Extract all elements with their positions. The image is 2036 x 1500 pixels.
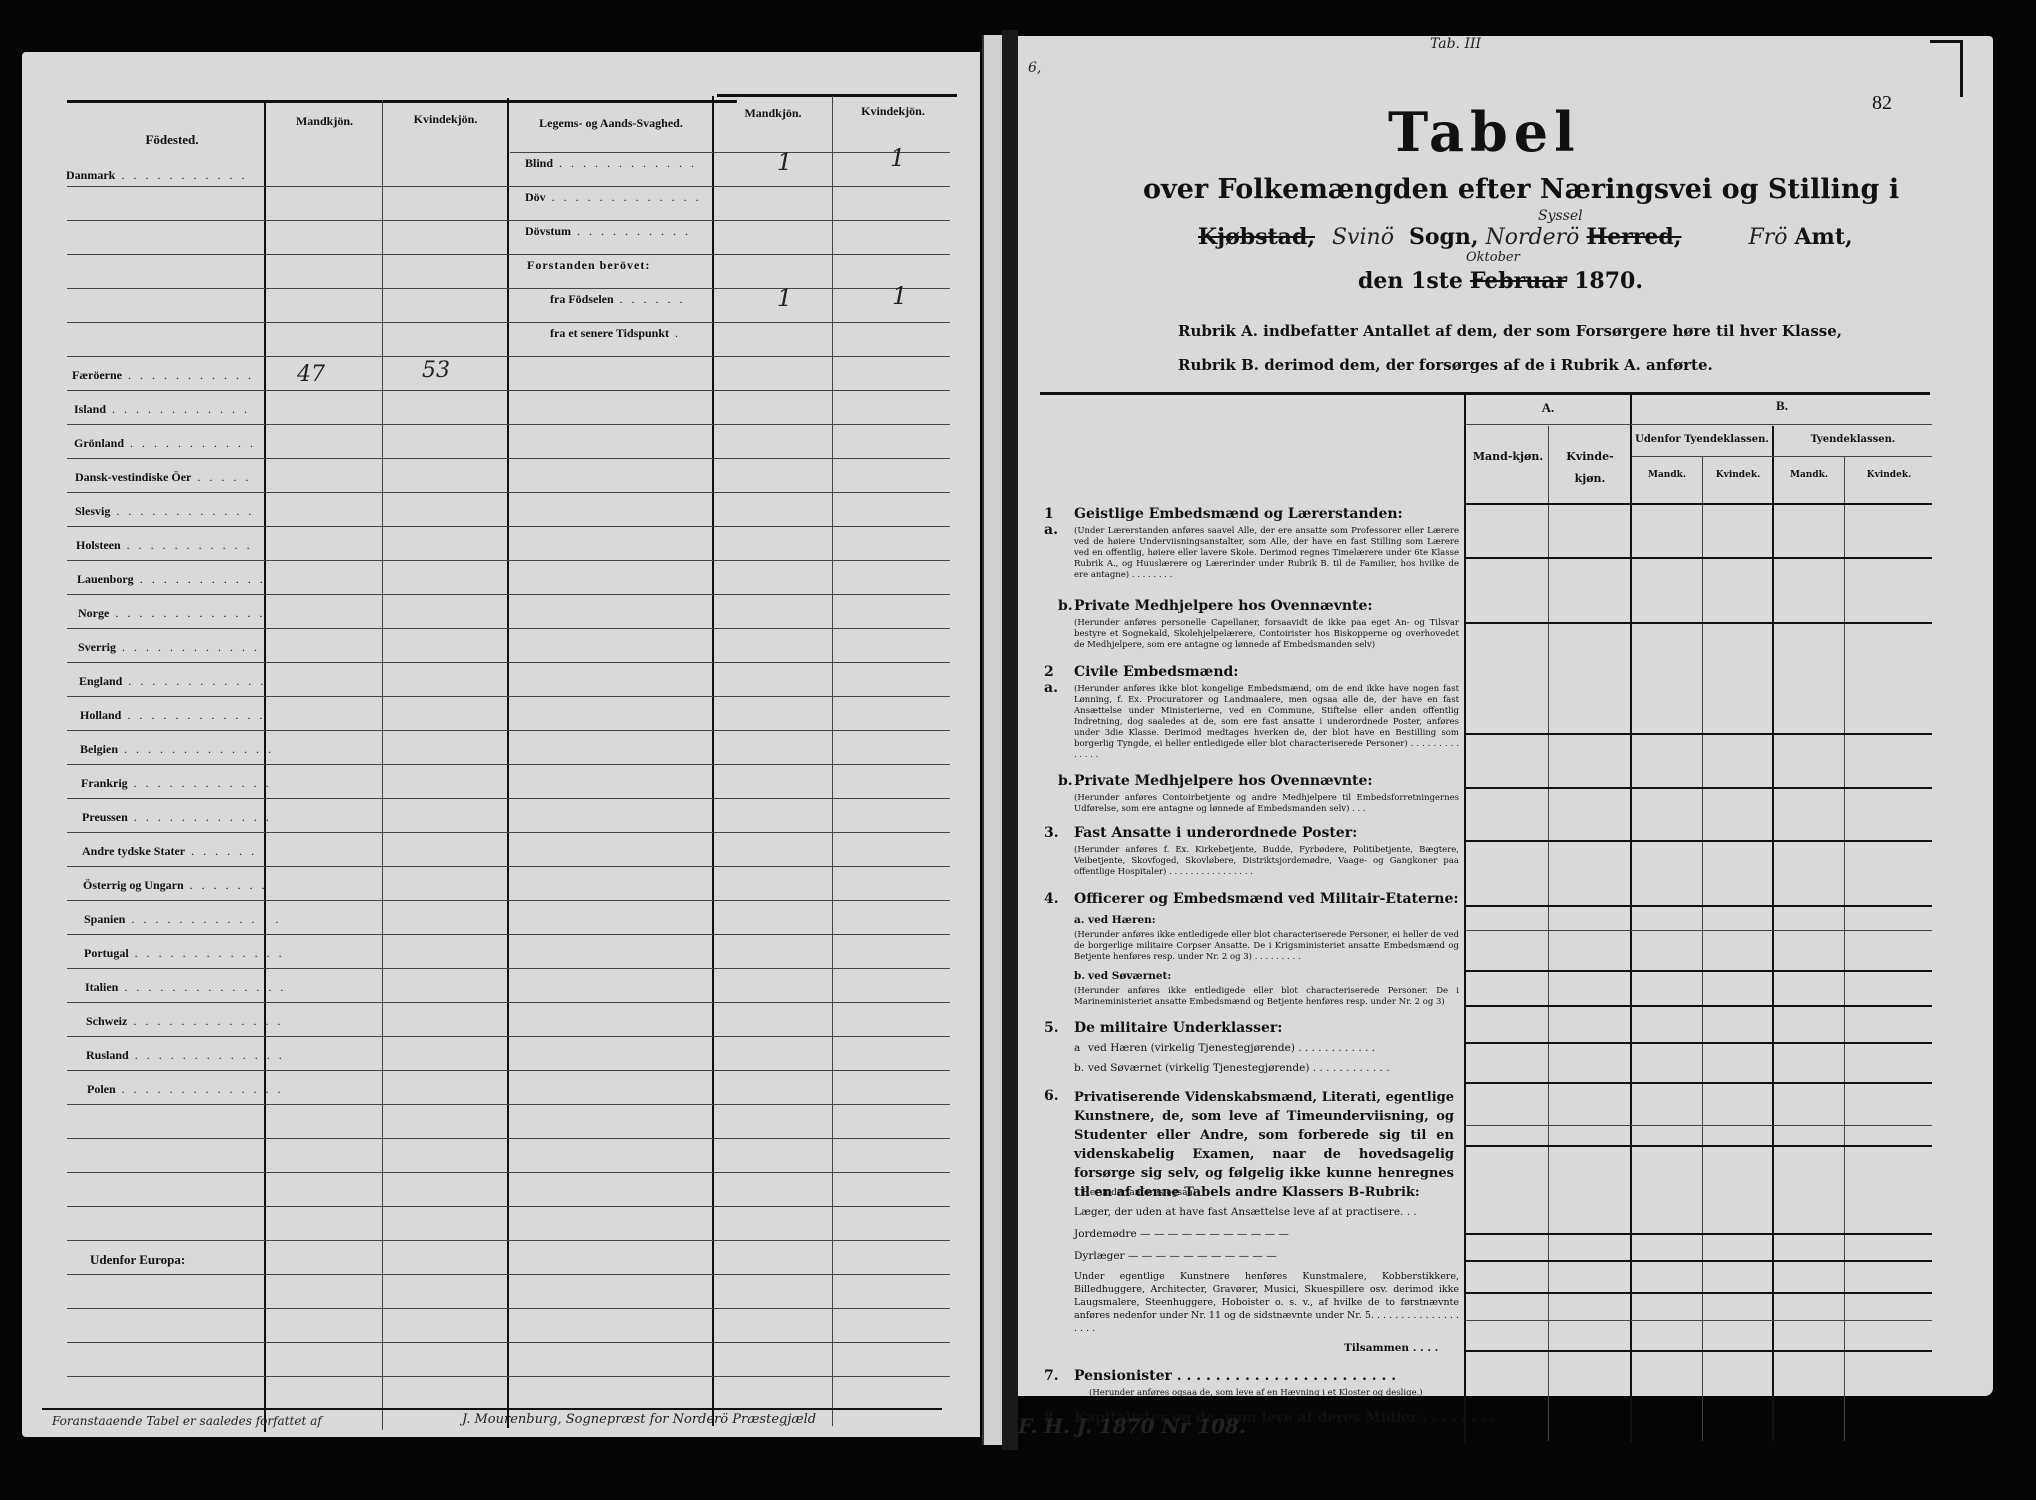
row-label: Norge . . . . . . . . . . . . . — [78, 606, 265, 621]
ruled-line — [67, 968, 512, 969]
table-row-line — [1466, 787, 1932, 789]
header-birthplace: Födested. — [82, 132, 262, 148]
ruled-line — [67, 730, 512, 731]
row-label: Grönland . . . . . . . . . . . — [74, 436, 256, 451]
ruled-line — [510, 424, 950, 425]
page-subtitle: over Folkemængden efter Næringsvei og St… — [1143, 174, 1899, 205]
table-row-line — [1466, 1233, 1932, 1235]
ruled-line — [510, 458, 950, 459]
table-row-line — [1466, 930, 1932, 931]
col-divider — [507, 98, 509, 1428]
ruled-line — [510, 662, 950, 663]
ruled-line — [67, 254, 512, 255]
page-edge — [982, 35, 1004, 1445]
header-b1-mandk: Mandk. — [1632, 470, 1702, 480]
infirmity-label: Dövstum . . . . . . . . . . — [525, 224, 691, 239]
ruled-line — [67, 594, 512, 595]
ruled-line — [67, 1376, 512, 1377]
table-row-line — [1466, 1125, 1932, 1126]
ruled-line — [510, 1274, 950, 1275]
row-label: Schweiz . . . . . . . . . . . . . — [86, 1014, 283, 1029]
ruled-line — [67, 934, 512, 935]
herred-struck: Herred, — [1586, 224, 1681, 250]
ruled-line — [510, 390, 950, 391]
ruled-line — [67, 1240, 512, 1241]
ruled-line — [510, 832, 950, 833]
ruled-line — [67, 322, 512, 323]
parish-handwritten: Svinö — [1332, 225, 1394, 250]
row-label: Belgien . . . . . . . . . . . . . — [80, 742, 274, 757]
blind-female-count: 1 — [890, 144, 905, 172]
ruled-line — [510, 1070, 950, 1071]
ruled-line — [510, 1172, 950, 1173]
table-row-line — [1466, 733, 1932, 735]
ruled-line — [67, 1308, 512, 1309]
ruled-line — [67, 458, 512, 459]
row-label: Andre tydske Stater . . . . . . — [82, 844, 257, 859]
ruled-line — [67, 1138, 512, 1139]
left-page: Födested. Mandkjön. Kvindekjön. Legems- … — [22, 52, 980, 1437]
ruled-line — [510, 968, 950, 969]
faroe-female-count: 53 — [422, 358, 450, 383]
row-label: Spanien . . . . . . . . . . . . . — [84, 912, 281, 927]
ruled-line — [510, 900, 950, 901]
district-handwritten: Norderö — [1486, 225, 1580, 250]
bottom-rule — [42, 1408, 942, 1410]
infirmity-label: Forstanden berövet: — [527, 258, 650, 273]
table-row-line — [1466, 557, 1932, 559]
row-label: Rusland . . . . . . . . . . . . . — [86, 1048, 285, 1063]
header-b: B. — [1632, 398, 1932, 414]
table-row-line — [1466, 905, 1932, 907]
ruled-line — [510, 1206, 950, 1207]
ruled-line — [510, 288, 950, 289]
ruled-line — [67, 1206, 512, 1207]
infirmity-label: Döv . . . . . . . . . . . . . — [525, 190, 702, 205]
table-top-rule — [1040, 392, 1930, 395]
table-row-line — [1466, 1320, 1932, 1321]
year: 1870. — [1574, 268, 1643, 294]
table-row-line — [1466, 1042, 1932, 1044]
book-gutter — [1002, 30, 1018, 1450]
syssel-handwritten: Syssel — [1538, 208, 1583, 224]
header-a-female: Kvinde-kjøn. — [1552, 446, 1628, 490]
faroe-male-count: 47 — [297, 362, 325, 387]
header-a: A. — [1466, 400, 1630, 416]
ruled-line — [510, 1002, 950, 1003]
ruled-line — [510, 628, 950, 629]
table-row-line — [1466, 622, 1932, 624]
kjobstad-struck: Kjøbstad, — [1198, 224, 1315, 250]
page-title: Tabel — [1388, 100, 1581, 164]
date-prefix: den 1ste — [1358, 268, 1463, 294]
amt-handwritten: Frö — [1748, 225, 1787, 250]
ruled-line — [67, 1104, 512, 1105]
ruled-line — [510, 152, 950, 153]
row-label: Österrig og Ungarn . . . . . . . — [83, 878, 268, 893]
page-number: 82 — [1872, 92, 1892, 115]
table-row-line — [1466, 1082, 1932, 1084]
header-b2-kvindek: Kvindek. — [1846, 470, 1932, 480]
ruled-line — [510, 764, 950, 765]
header-sub-rule — [1632, 456, 1932, 457]
ruled-line — [67, 424, 512, 425]
ruled-line — [67, 356, 512, 357]
header-infirmity-female: Kvindekjön. — [834, 104, 952, 119]
footer-note: Foranstaaende Tabel er saaledes forfatte… — [52, 1414, 322, 1428]
table-row-line — [1466, 840, 1932, 842]
ruled-line — [510, 356, 950, 357]
row-label: Portugal . . . . . . . . . . . . . — [84, 946, 285, 961]
ruled-line — [67, 1342, 512, 1343]
ruled-line — [510, 526, 950, 527]
col-a-mid — [1548, 426, 1549, 1441]
rubric-note-b: Rubrik B. derimod dem, der forsørges af … — [1178, 356, 1713, 374]
header-b-servants: Tyendeklassen. — [1774, 434, 1932, 445]
col-divider — [264, 102, 266, 1432]
header-a-male: Mand-kjøn. — [1470, 446, 1546, 468]
month-struck: Februar — [1470, 268, 1567, 294]
ruled-line — [67, 1070, 512, 1071]
table-row-line — [1466, 1145, 1932, 1147]
ruled-line — [510, 798, 950, 799]
ruled-line — [510, 934, 950, 935]
col-b-left — [1630, 394, 1632, 1442]
ruled-line — [67, 1274, 512, 1275]
col-divider — [382, 100, 383, 1430]
header-male: Mandkjön. — [267, 114, 382, 129]
corner-mark: 6, — [1028, 60, 1041, 76]
blind-male-count: 1 — [777, 148, 792, 176]
ruled-line — [67, 1036, 512, 1037]
ruled-line — [510, 492, 950, 493]
month-handwritten: Oktober — [1466, 250, 1520, 265]
ruled-line — [67, 390, 512, 391]
ruled-line — [67, 560, 512, 561]
row-label: England . . . . . . . . . . . . — [79, 674, 266, 689]
row-label: Lauenborg . . . . . . . . . . . — [77, 572, 266, 587]
row-label: Slesvig . . . . . . . . . . . . — [75, 504, 254, 519]
ruled-line — [510, 1342, 950, 1343]
top-annotation: Tab. III — [1430, 36, 1481, 52]
row-label: Polen . . . . . . . . . . . . . . — [87, 1082, 284, 1097]
table-row-line — [1466, 970, 1932, 972]
classification-items: 1 a. Geistlige Embedsmænd og Lærerstande… — [1044, 500, 1464, 1440]
ruled-line — [510, 560, 950, 561]
location-line: Kjøbstad, Svinö Sogn, Norderö Herred, Fr… — [1198, 224, 1918, 264]
row-label: Holland . . . . . . . . . . . . — [80, 708, 265, 723]
outside-europe-label: Udenfor Europa: — [90, 1252, 185, 1268]
row-label: Italien . . . . . . . . . . . . . . — [85, 980, 286, 995]
header-b-outside: Udenfor Tyendeklassen. — [1632, 434, 1772, 445]
ruled-line — [67, 526, 512, 527]
header-sub-rule — [1466, 424, 1932, 425]
ruled-line — [67, 288, 512, 289]
ruled-line — [510, 220, 950, 221]
table-row-line — [1466, 1350, 1932, 1352]
ruled-line — [510, 1376, 950, 1377]
corner-bracket-mark — [1930, 40, 1963, 97]
row-label: Danmark . . . . . . . . . . . — [66, 168, 247, 183]
ruled-line — [510, 1240, 950, 1241]
sogn-label: Sogn, — [1409, 224, 1479, 250]
ruled-line — [510, 186, 950, 187]
header-female: Kvindekjön. — [384, 112, 507, 127]
ruled-line — [67, 1002, 512, 1003]
ruled-line — [67, 662, 512, 663]
ruled-line — [510, 1308, 950, 1309]
ruled-line — [510, 1104, 950, 1105]
header-b2-mandk: Mandk. — [1774, 470, 1844, 480]
ruled-line — [67, 900, 512, 901]
col-divider — [832, 96, 833, 1426]
ruled-line — [67, 798, 512, 799]
amt-label: Amt, — [1794, 224, 1852, 250]
ruled-line — [510, 730, 950, 731]
from-birth-male-count: 1 — [777, 284, 792, 312]
date-line: den 1ste Februar 1870. — [1358, 268, 1643, 294]
ruled-line — [67, 866, 512, 867]
ruled-line — [67, 186, 512, 187]
header-infirmity-male: Mandkjön. — [714, 106, 832, 121]
ruled-line — [510, 594, 950, 595]
infirmity-label: fra Födselen . . . . . . — [550, 292, 686, 307]
ruled-line — [510, 866, 950, 867]
top-rule — [67, 100, 737, 103]
table-row-line — [1466, 503, 1932, 505]
infirmity-label: Blind . . . . . . . . . . . . — [525, 156, 697, 171]
row-label: Preussen . . . . . . . . . . . . — [82, 810, 272, 825]
row-label: Holsteen . . . . . . . . . . . — [76, 538, 253, 553]
col-divider — [712, 96, 714, 1426]
ruled-line — [67, 832, 512, 833]
row-label: Færöerne . . . . . . . . . . . — [72, 368, 254, 383]
rubric-note-a: Rubrik A. indbefatter Antallet af dem, d… — [1178, 322, 1842, 340]
ruled-line — [510, 1036, 950, 1037]
ruled-line — [510, 696, 950, 697]
table-row-line — [1466, 1005, 1932, 1007]
ruled-line — [510, 254, 950, 255]
ruled-line — [510, 1138, 950, 1139]
row-label: Frankrig . . . . . . . . . . . . — [81, 776, 272, 791]
table-row-line — [1466, 1260, 1932, 1262]
from-birth-female-count: 1 — [892, 282, 907, 310]
row-label: Sverrig . . . . . . . . . . . . — [78, 640, 260, 655]
ruled-line — [67, 628, 512, 629]
ruled-line — [67, 492, 512, 493]
ruled-line — [510, 322, 950, 323]
ruled-line — [67, 1172, 512, 1173]
top-rule-right — [717, 94, 957, 97]
ruled-line — [67, 220, 512, 221]
col-a-left — [1464, 394, 1466, 1444]
ruled-line — [67, 764, 512, 765]
right-page: 6, Tab. III 82 Tabel over Folkemængden e… — [1018, 36, 1993, 1396]
infirmity-label: fra et senere Tidspunkt . — [550, 326, 681, 341]
col-b-2 — [1772, 426, 1774, 1441]
row-label: Island . . . . . . . . . . . . — [74, 402, 250, 417]
row-label: Dansk-vestindiske Öer . . . . . — [75, 470, 251, 485]
signature: J. Mourenburg, Sognepræst for Norderö Pr… — [462, 1412, 816, 1427]
header-b1-kvindek: Kvindek. — [1704, 470, 1772, 480]
header-infirmity: Legems- og Aands-Svaghed. — [510, 116, 712, 131]
table-row-line — [1466, 1292, 1932, 1294]
ruled-line — [67, 696, 512, 697]
archive-note: F. H. J. 1870 Nr 108. — [1018, 1414, 1246, 1438]
